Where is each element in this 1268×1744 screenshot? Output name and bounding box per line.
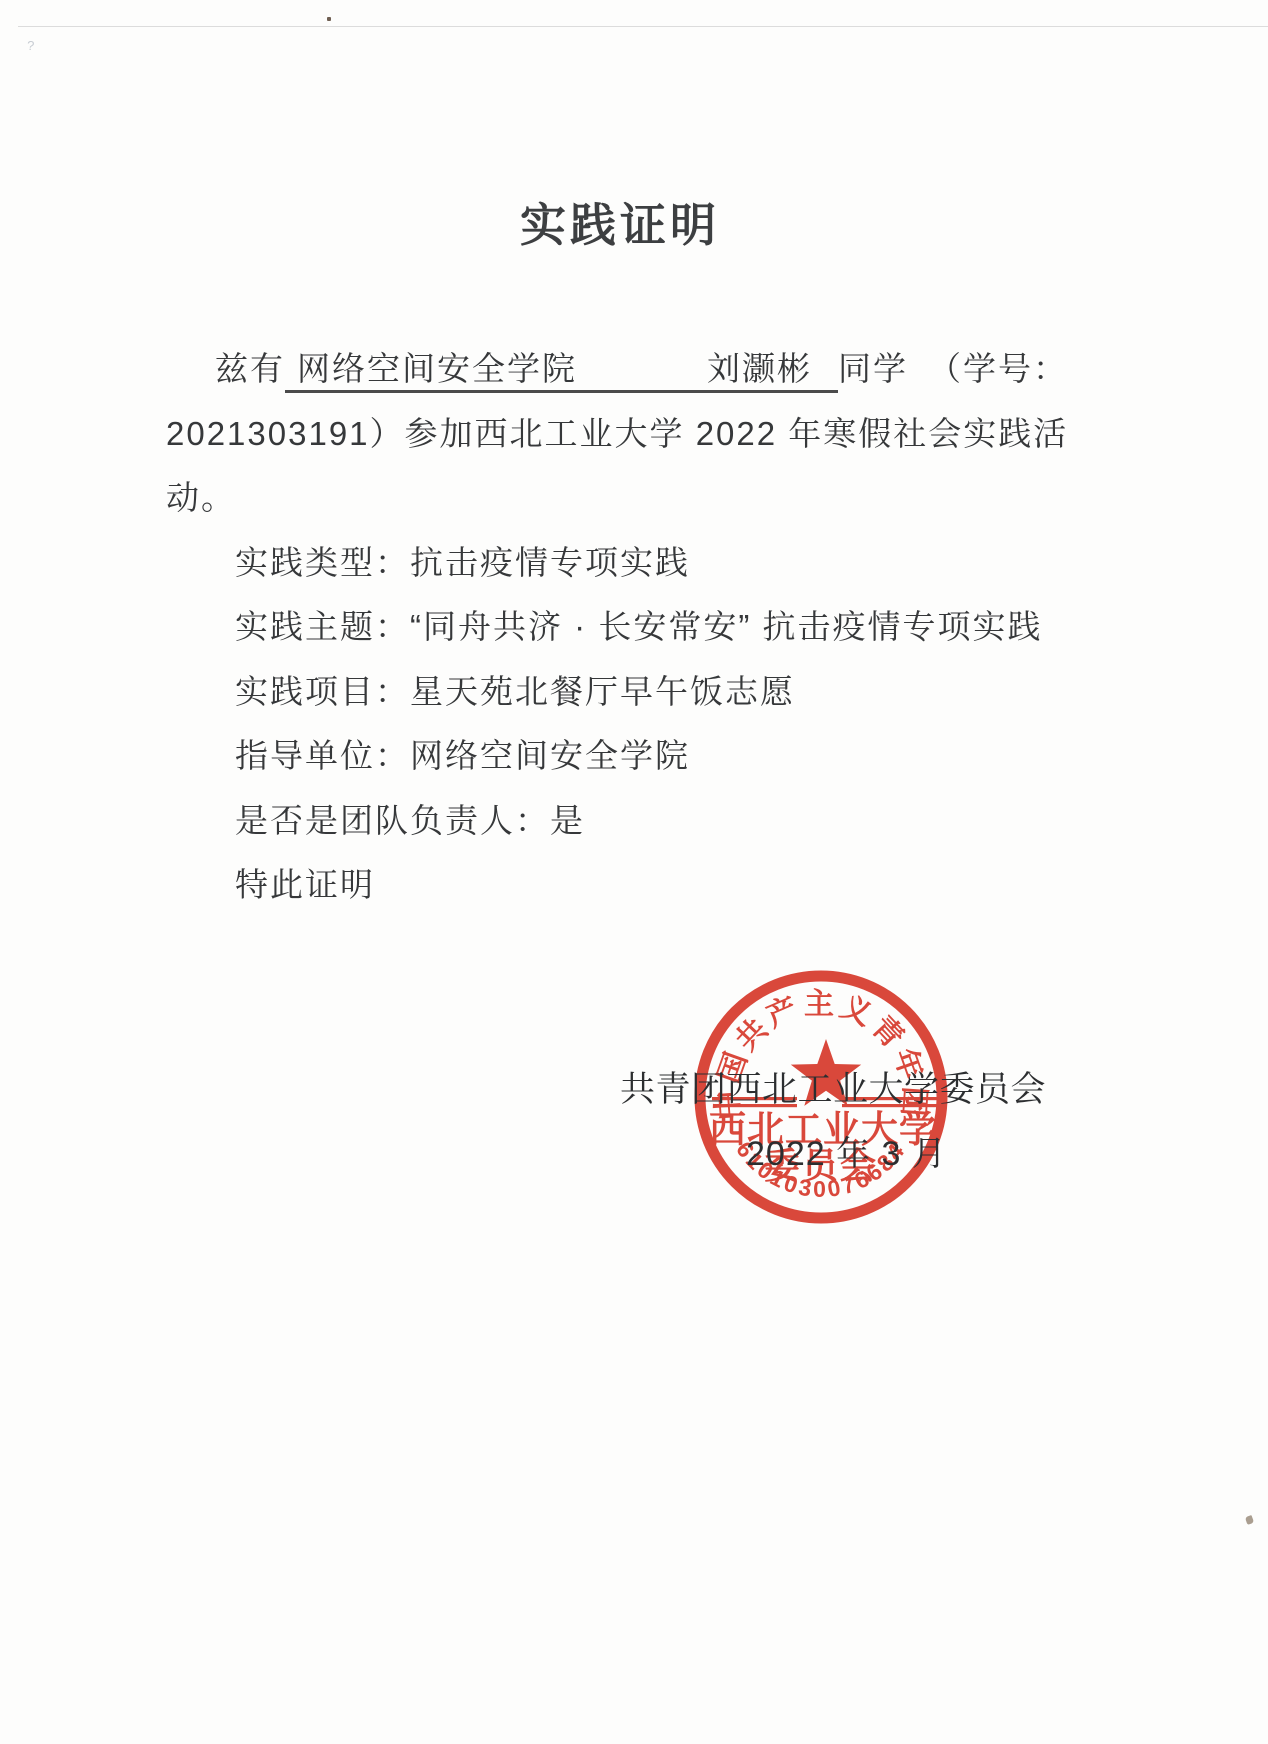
field-label: 实践主题：: [235, 608, 410, 645]
field-practice-theme: 实践主题：“同舟共济 · 长安常安” 抗击疫情专项实践: [166, 595, 1066, 660]
field-label: 实践项目：: [235, 673, 410, 710]
signature-date: 2022 年 3 月: [746, 1126, 947, 1175]
college-name: 网络空间安全学院: [297, 350, 577, 387]
signature-organization: 共青团西北工业大学委员会: [620, 1062, 1046, 1112]
field-label: 实践类型：: [235, 544, 410, 581]
student-no-label: （学号：: [928, 350, 1068, 387]
field-value: “同舟共济 · 长安常安” 抗击疫情专项实践: [410, 608, 1042, 645]
intro-line-2: 2021303191）参加西北工业大学 2022 年寒假社会实践活: [166, 402, 1066, 467]
filled-blank: 网络空间安全学院刘灏彬: [285, 351, 838, 393]
certificate-body: 兹有网络空间安全学院刘灏彬同学（学号： 2021303191）参加西北工业大学 …: [166, 337, 1066, 918]
scan-dot-artifact: [327, 17, 331, 21]
intro-after-name: 同学: [838, 350, 908, 387]
intro-line-3: 动。: [166, 466, 1066, 531]
scanned-certificate-page: { "document": { "title": "实践证明", "intro"…: [0, 0, 1268, 1744]
scan-line-artifact: [18, 26, 1268, 27]
field-practice-type: 实践类型：抗击疫情专项实践: [166, 531, 1066, 596]
intro-prefix: 兹有: [215, 350, 285, 387]
field-practice-project: 实践项目：星天苑北餐厅早午饭志愿: [166, 660, 1066, 725]
field-value: 网络空间安全学院: [410, 737, 690, 774]
field-value: 星天苑北餐厅早午饭志愿: [410, 673, 795, 710]
field-label: 指导单位：: [235, 737, 410, 774]
scan-smudge-artifact: ?: [26, 38, 34, 53]
closing-statement: 特此证明: [166, 853, 1066, 918]
student-name: 刘灏彬: [707, 350, 812, 387]
field-team-leader: 是否是团队负责人：是: [166, 789, 1066, 854]
certificate-title: 实践证明: [0, 197, 1240, 253]
field-value: 抗击疫情专项实践: [410, 544, 690, 581]
field-supervising-unit: 指导单位：网络空间安全学院: [166, 724, 1066, 789]
intro-line-1: 兹有网络空间安全学院刘灏彬同学（学号：: [166, 337, 1066, 402]
field-value: 是: [550, 802, 585, 839]
scan-speck-artifact: [1245, 1515, 1254, 1525]
field-label: 是否是团队负责人：: [235, 802, 550, 839]
